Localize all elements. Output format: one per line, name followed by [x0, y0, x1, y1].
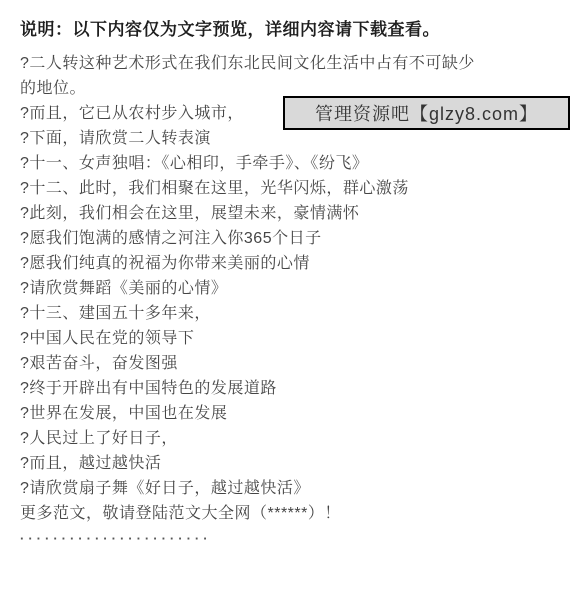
text-line: ?请欣赏扇子舞《好日子，越过越快活》 [20, 476, 568, 501]
text-line: ?二人转这种艺术形式在我们东北民间文化生活中占有不可缺少 [20, 51, 568, 76]
text-line: ?人民过上了好日子， [20, 426, 568, 451]
text-line: ?十二、此时，我们相聚在这里，光华闪烁，群心激荡 [20, 176, 568, 201]
text-line: ?愿我们饱满的感情之河注入你365个日子 [20, 226, 568, 251]
text-line: ?世界在发展，中国也在发展 [20, 401, 568, 426]
text-line: ?请欣赏舞蹈《美丽的心情》 [20, 276, 568, 301]
text-line: 更多范文，敬请登陆范文大全网（******）！ [20, 501, 568, 526]
text-line: ?中国人民在党的领导下 [20, 326, 568, 351]
text-line: ?而且，越过越快活 [20, 451, 568, 476]
text-line: ?艰苦奋斗，奋发图强 [20, 351, 568, 376]
trailing-dots: ······················· [20, 526, 568, 551]
text-line: ?此刻，我们相会在这里，展望未来，豪情满怀 [20, 201, 568, 226]
text-line: ?十三、建国五十多年来， [20, 301, 568, 326]
text-line: ?愿我们纯真的祝福为你带来美丽的心情 [20, 251, 568, 276]
document-preview-page: 说明：以下内容仅为文字预览，详细内容请下载查看。 管理资源吧【glzy8.com… [0, 0, 578, 600]
watermark-glzy8-label: 管理资源吧【glzy8.com】 [315, 100, 538, 126]
preview-notice-header: 说明：以下内容仅为文字预览，详细内容请下载查看。 [20, 15, 440, 40]
text-line: ?终于开辟出有中国特色的发展道路 [20, 376, 568, 401]
text-line: ?十一、女声独唱：《心相印，手牵手》、《纷飞》 [20, 151, 568, 176]
watermark-glzy8-box: 管理资源吧【glzy8.com】 [283, 96, 570, 130]
